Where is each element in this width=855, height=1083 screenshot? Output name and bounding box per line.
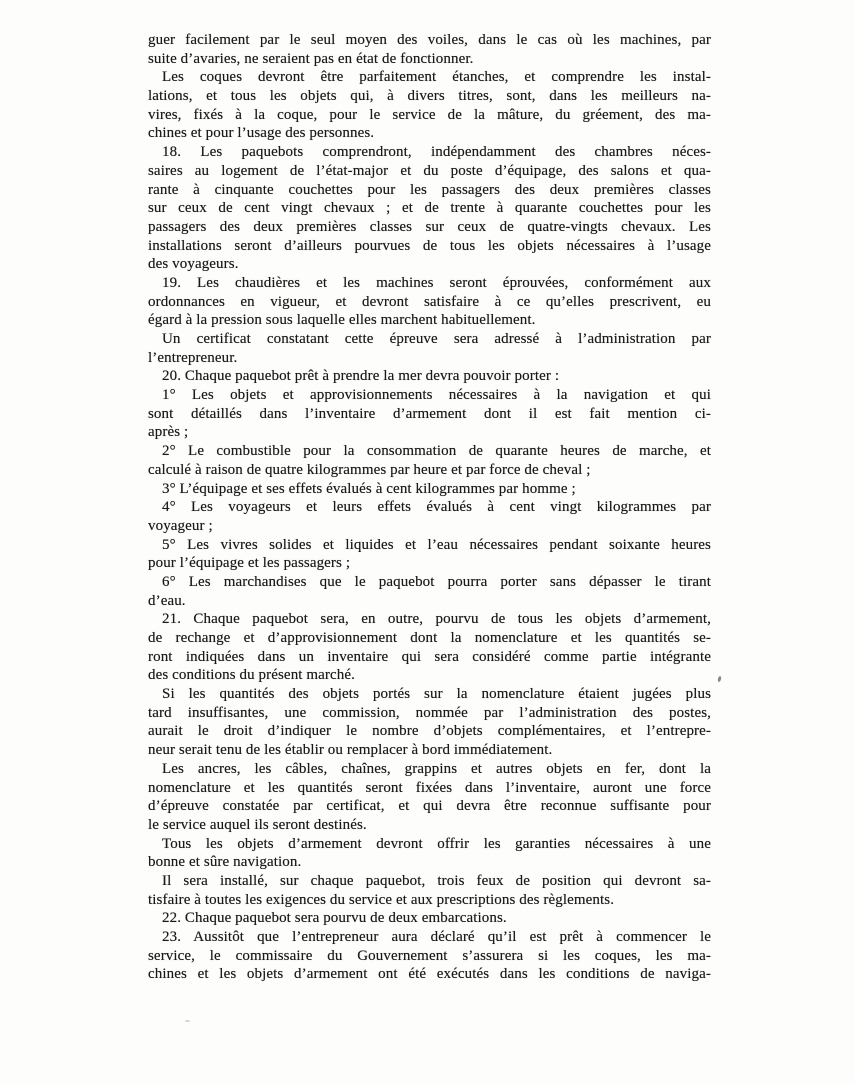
text-line: chines et les objets d’armement ont été … [148, 965, 711, 984]
text-line: 3° L’équipage et ses effets évalués à ce… [148, 480, 711, 499]
scan-speck [185, 1020, 190, 1022]
text-line: Tous les objets d’armement devront offri… [148, 835, 711, 854]
text-line: Il sera installé, sur chaque paquebot, t… [148, 872, 711, 891]
text-line: Les ancres, les câbles, chaînes, grappin… [148, 760, 711, 779]
text-line: ront indiquées dans un inventaire qui se… [148, 648, 711, 667]
text-line: sont détaillés dans l’inventaire d’armem… [148, 405, 711, 424]
text-line: des conditions du présent marché. [148, 666, 711, 685]
text-line: 5° Les vivres solides et liquides et l’e… [148, 536, 711, 555]
text-line: égard à la pression sous laquelle elles … [148, 311, 711, 330]
text-line: 1° Les objets et approvisionnements néce… [148, 386, 711, 405]
text-line: après ; [148, 423, 711, 442]
text-line: d’eau. [148, 592, 711, 611]
text-line: des voyageurs. [148, 255, 711, 274]
text-line: 22. Chaque paquebot sera pourvu de deux … [148, 909, 711, 928]
text-line: guer facilement par le seul moyen des vo… [148, 31, 711, 50]
text-line: service, le commissaire du Gouvernement … [148, 947, 711, 966]
text-line: installations seront d’ailleurs pourvues… [148, 237, 711, 256]
text-line: de rechange et d’approvisionnement dont … [148, 629, 711, 648]
text-line: neur serait tenu de les établir ou rempl… [148, 741, 711, 760]
text-line: vires, fixés à la coque, pour le service… [148, 106, 711, 125]
text-line: 23. Aussitôt que l’entrepreneur aura déc… [148, 928, 711, 947]
text-line: 2° Le combustible pour la consommation d… [148, 442, 711, 461]
text-line: 6° Les marchandises que le paquebot pour… [148, 573, 711, 592]
text-line: l’entrepreneur. [148, 349, 711, 368]
text-line: nomenclature et les quantités seront fix… [148, 779, 711, 798]
text-line: rante à cinquante couchettes pour les pa… [148, 181, 711, 200]
text-line: Un certificat constatant cette épreuve s… [148, 330, 711, 349]
text-line: d’épreuve constatée par certificat, et q… [148, 797, 711, 816]
text-line: bonne et sûre navigation. [148, 853, 711, 872]
scanned-book-page: guer facilement par le seul moyen des vo… [0, 0, 855, 1083]
text-line: ordonnances en vigueur, et devront satis… [148, 293, 711, 312]
text-line: 4° Les voyageurs et leurs effets évalués… [148, 498, 711, 517]
text-line: lations, et tous les objets qui, à diver… [148, 87, 711, 106]
text-line: voyageur ; [148, 517, 711, 536]
scan-speck [717, 676, 721, 683]
text-line: sur ceux de cent vingt chevaux ; et de t… [148, 199, 711, 218]
text-line: tard insuffisantes, une commission, nomm… [148, 704, 711, 723]
text-line: chines et pour l’usage des personnes. [148, 124, 711, 143]
text-line: 18. Les paquebots comprendront, indépend… [148, 143, 711, 162]
text-line: aurait le droit d’indiquer le nombre d’o… [148, 722, 711, 741]
text-line: Si les quantités des objets portés sur l… [148, 685, 711, 704]
text-line: 20. Chaque paquebot prêt à prendre la me… [148, 367, 711, 386]
text-line: le service auquel ils seront destinés. [148, 816, 711, 835]
text-line: Les coques devront être parfaitement éta… [148, 68, 711, 87]
text-line: suite d’avaries, ne seraient pas en état… [148, 50, 711, 69]
text-line: saires au logement de l’état-major et du… [148, 162, 711, 181]
text-line: tisfaire à toutes les exigences du servi… [148, 891, 711, 910]
text-line: passagers des deux premières classes sur… [148, 218, 711, 237]
text-line: 19. Les chaudières et les machines seron… [148, 274, 711, 293]
text-line: calculé à raison de quatre kilogrammes p… [148, 461, 711, 480]
text-column: guer facilement par le seul moyen des vo… [148, 31, 711, 984]
text-line: 21. Chaque paquebot sera, en outre, pour… [148, 610, 711, 629]
text-line: pour l’équipage et les passagers ; [148, 554, 711, 573]
